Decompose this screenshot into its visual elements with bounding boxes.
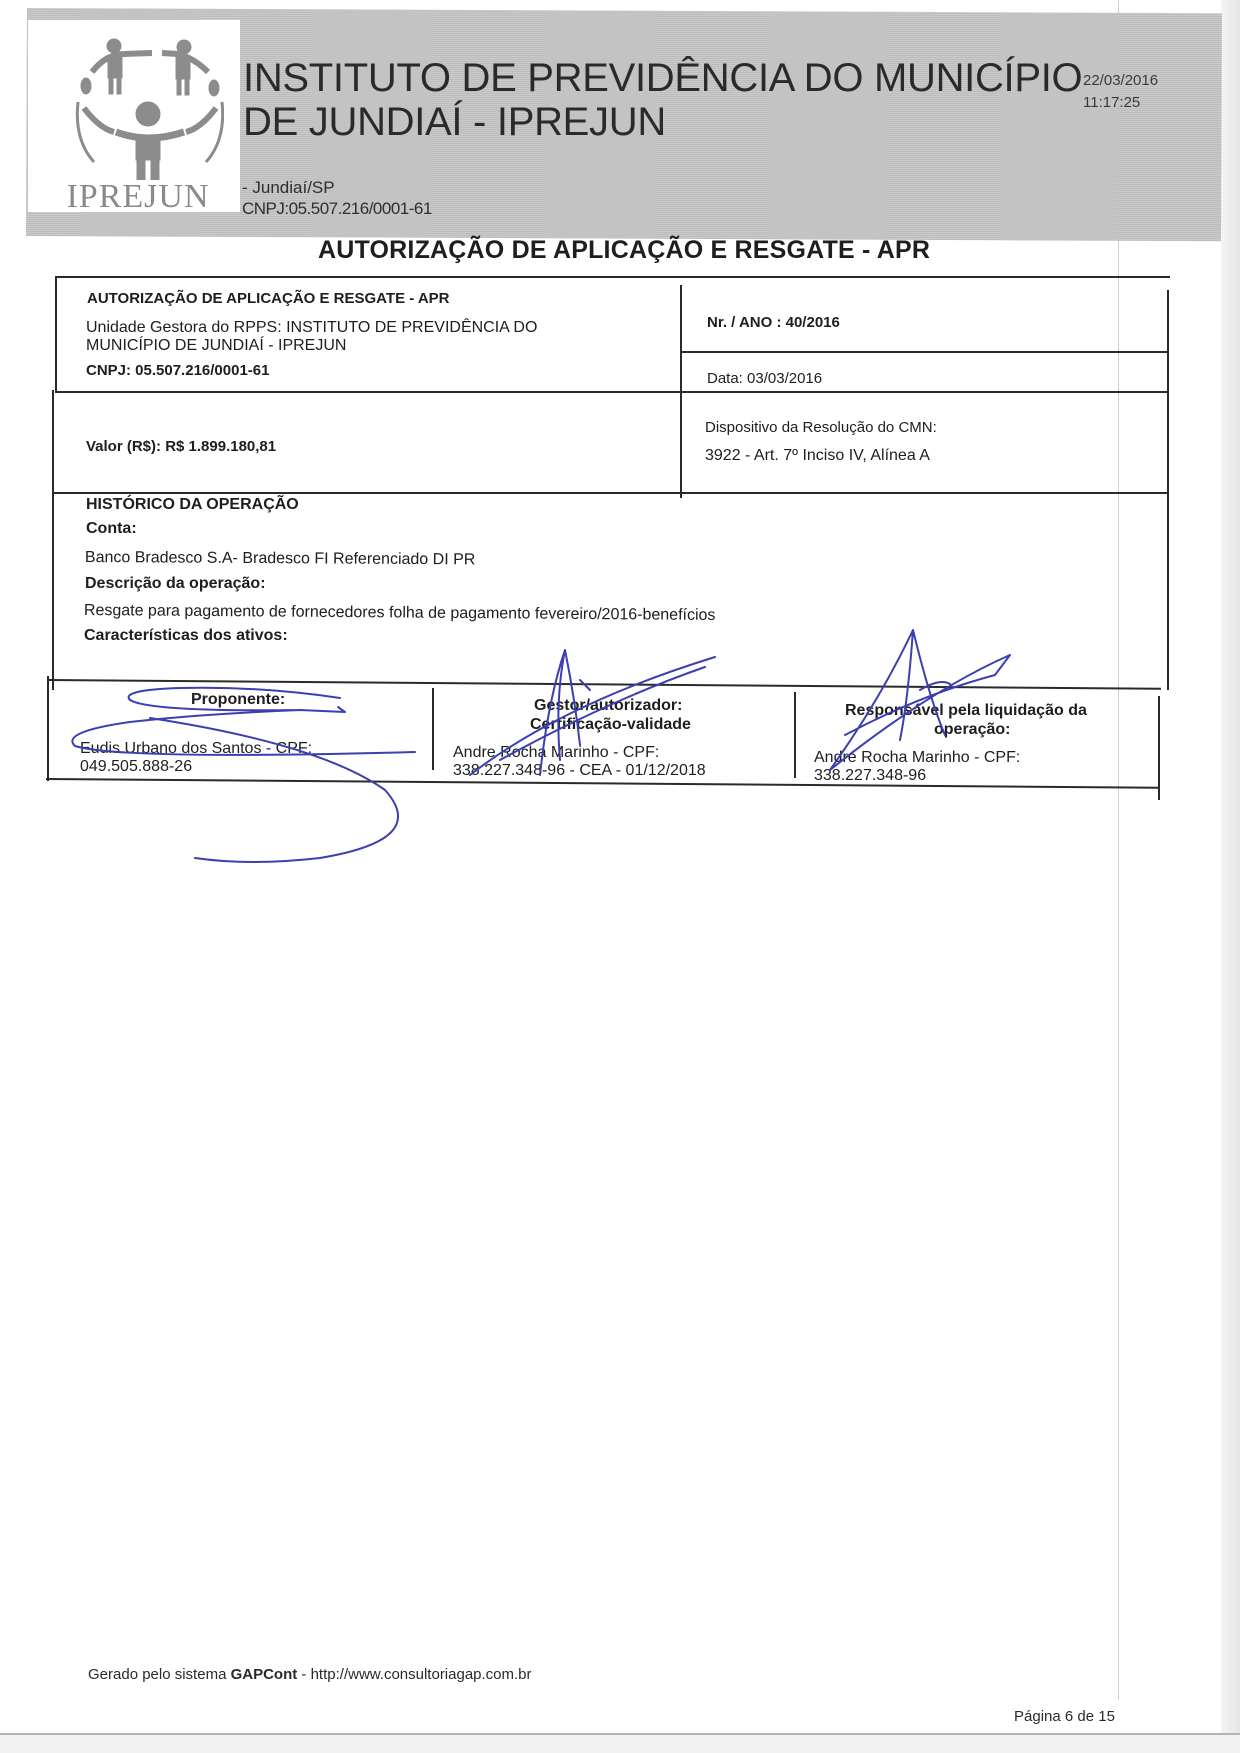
- rule-historico-signatures: [48, 679, 1161, 690]
- responsavel-role-line1: Responsável pela liquidação da: [845, 702, 1087, 720]
- dispositivo-value: 3922 - Art. 7º Inciso IV, Alínea A: [705, 447, 930, 465]
- rule-header-valor: [55, 391, 1168, 393]
- rule-valor-historico: [53, 492, 1168, 494]
- valor-value: R$ 1.899.180,81: [165, 438, 276, 455]
- proponente-role: Proponente:: [191, 691, 285, 709]
- page-number: Página 6 de 15: [1014, 1708, 1115, 1725]
- gestor-role-line1: Gestor/autorizador:: [534, 697, 682, 715]
- gestor-cpf-certificacao: 338.227.348-96 - CEA - 01/12/2018: [453, 762, 706, 780]
- footer-url[interactable]: - http://www.consultoriagap.com.br: [301, 1666, 531, 1683]
- form-cnpj: CNPJ: 05.507.216/0001-61: [86, 362, 269, 379]
- nr-ano-label: Nr. / ANO :: [707, 314, 781, 331]
- responsavel-name: André Rocha Marinho - CPF:: [814, 749, 1020, 767]
- signature-divider-1: [432, 688, 434, 770]
- descricao-value: Resgate para pagamento de fornecedores f…: [84, 602, 716, 625]
- gestor-role-line2: Certificação-validade: [530, 716, 691, 734]
- conta-value: Banco Bradesco S.A- Bradesco FI Referenc…: [85, 549, 476, 569]
- unidade-gestora-line1: Unidade Gestora do RPPS: INSTITUTO DE PR…: [86, 319, 537, 337]
- form-border-right-2: [1158, 696, 1160, 800]
- form-border-left-1: [55, 276, 57, 393]
- rule-nr-data: [681, 351, 1168, 353]
- conta-label: Conta:: [86, 520, 137, 538]
- gestor-name: Andre Rocha Marinho - CPF:: [453, 744, 659, 762]
- responsavel-role-line2: operação:: [934, 721, 1010, 739]
- form-border-right: [1167, 290, 1169, 690]
- footer-system-name: GAPCont: [231, 1666, 298, 1683]
- scan-bottom-edge: [0, 1733, 1240, 1753]
- data-field: Data: 03/03/2016: [707, 370, 822, 387]
- form-border-left-3: [47, 676, 49, 781]
- nr-ano-field: Nr. / ANO : 40/2016: [707, 314, 840, 331]
- nr-ano-value: 40/2016: [786, 314, 840, 331]
- signature-divider-2: [794, 692, 796, 778]
- proponente-cpf: 049.505.888-26: [80, 758, 192, 776]
- footer-generated-by: Gerado pelo sistema GAPCont - http://www…: [88, 1666, 532, 1683]
- historico-title: HISTÓRICO DA OPERAÇÃO: [86, 496, 299, 514]
- valor-label: Valor (R$):: [86, 438, 161, 455]
- caracteristicas-label: Características dos ativos:: [84, 627, 288, 645]
- descricao-label: Descrição da operação:: [85, 575, 266, 593]
- form-section-title: AUTORIZAÇÃO DE APLICAÇÃO E RESGATE - APR: [87, 290, 450, 307]
- footer-generated-prefix: Gerado pelo sistema: [88, 1666, 226, 1683]
- valor-field: Valor (R$): R$ 1.899.180,81: [86, 438, 276, 455]
- responsavel-cpf: 338.227.348-96: [814, 767, 926, 785]
- unidade-gestora-line2: MUNICÍPIO DE JUNDIAÍ - IPREJUN: [86, 337, 346, 355]
- form-border-left-2: [52, 390, 54, 690]
- dispositivo-label: Dispositivo da Resolução do CMN:: [705, 419, 937, 436]
- form-border-top: [55, 276, 1170, 278]
- apr-form: AUTORIZAÇÃO DE APLICAÇÃO E RESGATE - APR…: [0, 0, 1240, 1753]
- proponente-name: Eudis Urbano dos Santos - CPF:: [80, 740, 312, 758]
- data-label: Data:: [707, 370, 743, 387]
- data-value: 03/03/2016: [747, 370, 822, 387]
